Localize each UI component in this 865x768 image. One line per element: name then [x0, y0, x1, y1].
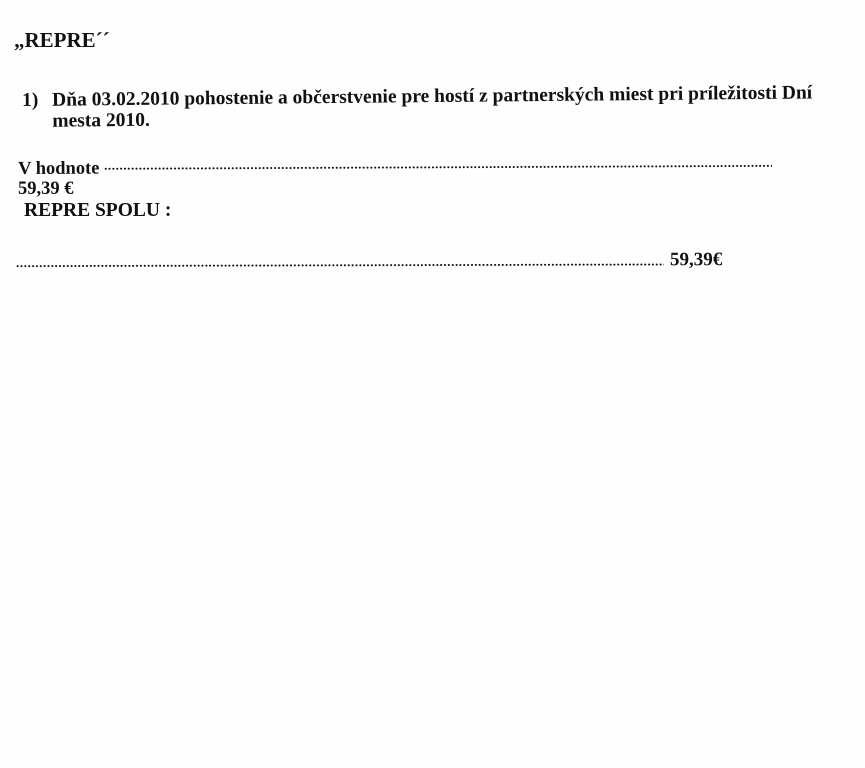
leader-dots: ........................................… — [104, 155, 772, 174]
leader-dots: ........................................… — [16, 253, 664, 271]
list-item-text: Dňa 03.02.2010 pohostenie a občerstvenie… — [52, 82, 822, 131]
list-item: 1) Dňa 03.02.2010 pohostenie a občerstve… — [22, 82, 822, 90]
document-heading: „REPRE´´ — [14, 28, 110, 53]
value-amount: 59,39 € — [18, 179, 74, 200]
document-page: „REPRE´´ 1) Dňa 03.02.2010 pohostenie a … — [0, 0, 865, 768]
total-amount: 59,39€ — [670, 249, 722, 271]
value-label: V hodnote — [18, 159, 99, 179]
total-label: REPRE SPOLU : — [24, 200, 171, 222]
list-item-number: 1) — [22, 90, 38, 111]
total-line: ........................................… — [16, 249, 776, 273]
value-line: V hodnote ..............................… — [18, 155, 798, 180]
